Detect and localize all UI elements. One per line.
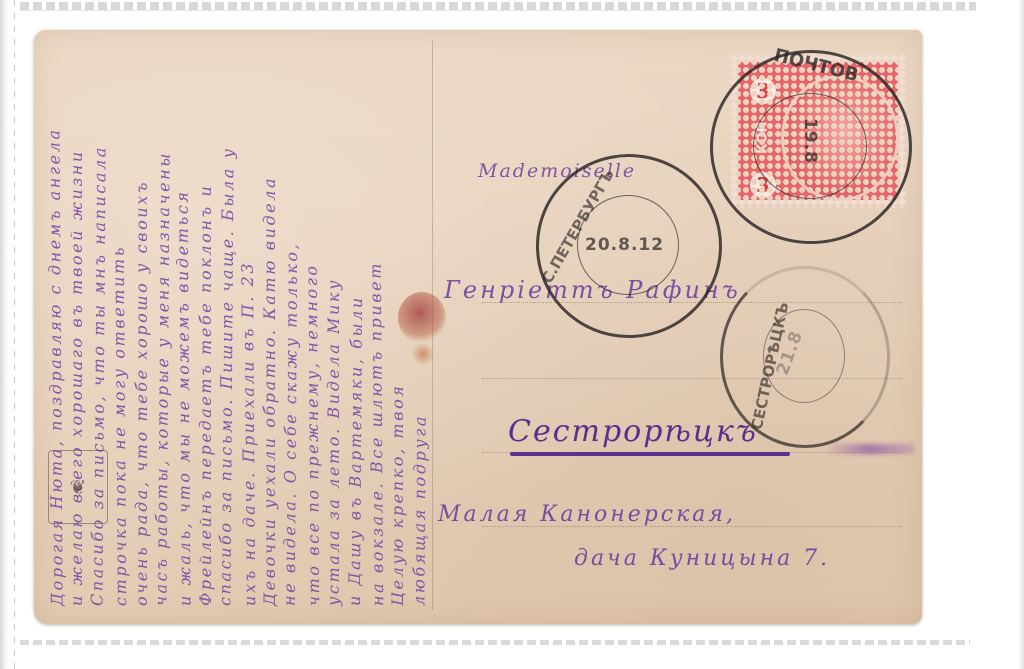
address-street: Малая Канонерская,	[438, 502, 736, 527]
arrival-postmark: СЕСТРОРѢЦКЪ 21.8	[720, 266, 890, 448]
page-left-edge	[0, 0, 8, 669]
page-perforation-left	[14, 0, 15, 669]
message-line: Спасибо за письмо, что ты мнъ написала	[87, 145, 109, 606]
postmark-date: 20.8.12	[585, 235, 664, 255]
message-line: ихъ на даче. Приехали въ П. 23	[237, 261, 258, 606]
message-line: спасибо за письмо. Пишите чаще. Была у	[216, 146, 238, 606]
address-house: дача Куницына 7.	[574, 546, 830, 571]
message-line: Целую крепко, твоя	[388, 383, 407, 606]
message-line: не видела. О себе скажу только,	[280, 242, 302, 606]
message-line: что все по прежнему, немного	[302, 263, 323, 606]
message-line: и Дашу въ Вартемяки, были	[345, 295, 366, 606]
address-city: Сестрорѣцкъ	[508, 414, 758, 449]
message-line: строчка пока не могу ответить	[109, 245, 131, 606]
message-line: устала за лето. Видела Мику	[324, 278, 343, 606]
postmark-text: ПОЧТОВ	[772, 45, 861, 86]
postmark-date: 19.8	[800, 118, 820, 164]
message-line: часъ работы, которые у меня назначены	[151, 151, 173, 606]
message-line: Девочки уехали обратно. Катю видела	[260, 176, 279, 606]
message-line: и жаль, что мы не можемъ видеться	[173, 189, 195, 606]
ink-smear	[824, 444, 914, 454]
postcard-back: Дорогая Нюта, поздравляю с днемъ ангелаи…	[34, 30, 922, 624]
message-line: любящая подруга	[409, 414, 429, 606]
publisher-emblem-icon: ❦	[48, 450, 108, 524]
album-page: Дорогая Нюта, поздравляю с днемъ ангелаи…	[0, 0, 1024, 669]
page-perforation-top	[20, 2, 976, 11]
message-line: очень рада, что тебе хорошо у своихъ	[132, 180, 151, 606]
message-line: на вокзале. Все шлютъ привет	[366, 261, 387, 606]
message-lines: Дорогая Нюта, поздравляю с днемъ ангелаи…	[40, 34, 434, 620]
origin-postmark: С.ПЕТЕРБУРГЪ 20.8.12	[536, 154, 722, 338]
stamp-cancel-postmark: ПОЧТОВ 19.8	[710, 50, 912, 244]
handwritten-message: Дорогая Нюта, поздравляю с днемъ ангелаи…	[40, 34, 434, 620]
ink-stain	[398, 292, 446, 344]
message-line: Фрейлейнъ передаетъ тебе поклонъ и	[196, 184, 215, 606]
page-perforation-bottom	[20, 640, 970, 645]
city-underline	[510, 452, 790, 456]
page-right-edge	[1018, 0, 1024, 669]
message-line: Дорогая Нюта, поздравляю с днемъ ангела	[44, 127, 66, 606]
ink-stain-small	[412, 342, 434, 366]
message-line: и желаю всего хорошаго въ твоей жизни	[67, 149, 86, 606]
